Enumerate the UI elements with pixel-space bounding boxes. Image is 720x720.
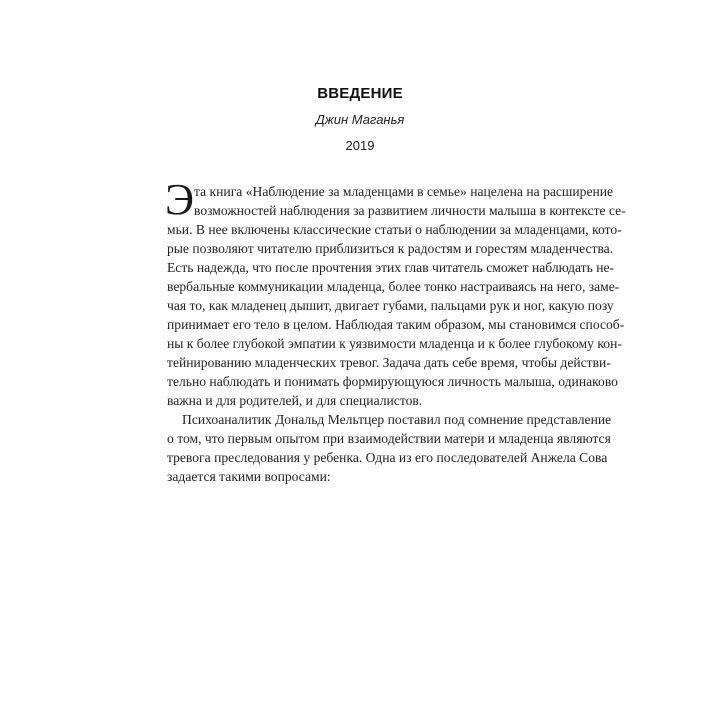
- paragraph-line: та книга «Наблюдение за младенцами в сем…: [194, 182, 566, 201]
- paragraph-line: рые позволяют читателю приблизиться к ра…: [167, 239, 566, 258]
- drop-cap: Э: [165, 178, 194, 222]
- paragraph-line: возможностей наблюдения за развитием лич…: [194, 201, 566, 220]
- chapter-year: 2019: [0, 138, 720, 153]
- paragraph-line: задается такими вопросами:: [167, 467, 566, 486]
- chapter-title: ВВЕДЕНИЕ: [0, 85, 720, 102]
- chapter-author: Джин Маганья: [0, 112, 720, 127]
- paragraph-line: ны к более глубокой эмпатии к уязвимости…: [167, 334, 566, 353]
- paragraph-line: принимает его тело в целом. Наблюдая так…: [167, 315, 566, 334]
- paragraph-line: о том, что первым опытом при взаимодейст…: [167, 429, 566, 448]
- paragraph-line: важна и для родителей, и для специалисто…: [167, 391, 566, 410]
- paragraph-line: тревога преследования у ребенка. Одна из…: [167, 448, 566, 467]
- paragraph-line: Есть надежда, что после прочтения этих г…: [167, 258, 566, 277]
- paragraph-line: мьи. В нее включены классические статьи …: [167, 220, 566, 239]
- paragraph-line: тейнированию младенческих тревог. Задача…: [167, 353, 566, 372]
- book-page: ВВЕДЕНИЕ Джин Маганья 2019 Э та книга «Н…: [0, 0, 720, 720]
- paragraph-line: вербальные коммуникации младенца, более …: [167, 277, 566, 296]
- paragraph-line: чая то, как младенец дышит, двигает губа…: [167, 296, 566, 315]
- paragraph-line: тельно наблюдать и понимать формирующуюс…: [167, 372, 566, 391]
- paragraph-line: Психоаналитик Дональд Мельтцер поставил …: [182, 410, 566, 429]
